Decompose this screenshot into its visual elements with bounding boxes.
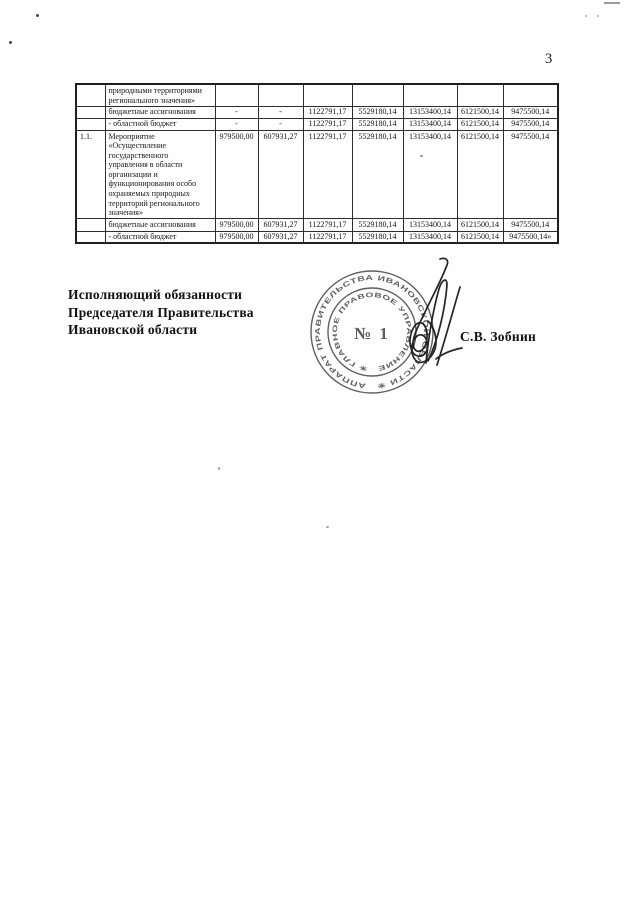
value-cell: 9475500,14 — [503, 118, 558, 130]
value-cell: 5529180,14 — [352, 218, 403, 231]
signer-name: С.В. Зобнин — [460, 329, 536, 345]
table-row: бюджетные ассигнования - - 1122791,17 55… — [76, 106, 558, 118]
value-cell: 607931,27 — [258, 218, 303, 231]
value-cell: 5529180,14 — [352, 231, 403, 243]
table-row: - областной бюджет - - 1122791,17 552918… — [76, 118, 558, 130]
signatory-title: Исполняющий обязанности Председателя Пра… — [68, 286, 254, 339]
scan-speck — [36, 14, 39, 17]
value-cell: 1122791,17 — [303, 130, 352, 218]
value-cell: 9475500,14 — [503, 130, 558, 218]
scan-speck — [326, 526, 329, 528]
value-cell: 979500,00 — [215, 231, 258, 243]
description-cell: бюджетные ассигнования — [105, 106, 215, 118]
value-cell: 1122791,17 — [303, 106, 352, 118]
value-cell: 979500,00 — [215, 130, 258, 218]
value-cell: 9475500,14 — [503, 106, 558, 118]
value-cell: 6121500,14 — [457, 218, 503, 231]
value-cell: 6121500,14 — [457, 106, 503, 118]
value-cell: 1122791,17 — [303, 118, 352, 130]
table-row: 1.1. Мероприятие «Осуществление государс… — [76, 130, 558, 218]
row-number-cell — [76, 218, 105, 231]
scan-speck — [420, 155, 423, 157]
description-cell: природными территориями регионального зн… — [105, 84, 215, 106]
value-cell: 6121500,14 — [457, 130, 503, 218]
row-number-cell — [76, 84, 105, 106]
value-cell — [352, 84, 403, 106]
value-cell: 979500,00 — [215, 218, 258, 231]
value-cell: - — [258, 118, 303, 130]
value-cell: 6121500,14 — [457, 118, 503, 130]
value-cell: 5529180,14 — [352, 106, 403, 118]
table-body: природными территориями регионального зн… — [76, 84, 558, 243]
scan-speck — [597, 15, 599, 17]
value-cell: 9475500,14» — [503, 231, 558, 243]
signatory-title-line: Ивановской области — [68, 321, 254, 339]
scan-speck — [585, 15, 587, 17]
description-cell: - областной бюджет — [105, 231, 215, 243]
value-cell: 13153400,14 — [403, 231, 457, 243]
signatory-title-line: Исполняющий обязанности — [68, 286, 254, 304]
document-page: 3 природными территориями регионального … — [0, 0, 640, 905]
scan-artifact-line — [604, 2, 620, 4]
row-number-cell: 1.1. — [76, 130, 105, 218]
table-row: бюджетные ассигнования 979500,00 607931,… — [76, 218, 558, 231]
value-cell: 1122791,17 — [303, 231, 352, 243]
row-number-cell — [76, 118, 105, 130]
value-cell — [457, 84, 503, 106]
value-cell: 13153400,14 — [403, 118, 457, 130]
page-number: 3 — [545, 51, 552, 68]
value-cell: 6121500,14 — [457, 231, 503, 243]
value-cell: 13153400,14 — [403, 130, 457, 218]
value-cell: - — [258, 106, 303, 118]
table-row: природными территориями регионального зн… — [76, 84, 558, 106]
table-row: - областной бюджет 979500,00 607931,27 1… — [76, 231, 558, 243]
description-cell: Мероприятие «Осуществление государственн… — [105, 130, 215, 218]
description-cell: бюджетные ассигнования — [105, 218, 215, 231]
value-cell: 607931,27 — [258, 130, 303, 218]
value-cell — [303, 84, 352, 106]
row-number-cell — [76, 231, 105, 243]
value-cell: 607931,27 — [258, 231, 303, 243]
value-cell: 1122791,17 — [303, 218, 352, 231]
value-cell: 5529180,14 — [352, 130, 403, 218]
scan-speck — [9, 41, 12, 44]
stamp-number: № 1 — [354, 324, 390, 343]
value-cell: 9475500,14 — [503, 218, 558, 231]
row-number-cell — [76, 106, 105, 118]
stamp-text: АППАРАТ ПРАВИТЕЛЬСТВА ИВАНОВСКОЙ ОБЛАСТИ… — [315, 275, 431, 390]
value-cell: - — [215, 118, 258, 130]
value-cell — [258, 84, 303, 106]
value-cell — [215, 84, 258, 106]
description-cell: - областной бюджет — [105, 118, 215, 130]
value-cell: 13153400,14 — [403, 106, 457, 118]
signatory-title-line: Председателя Правительства — [68, 304, 254, 322]
value-cell: - — [215, 106, 258, 118]
scan-speck — [218, 467, 220, 470]
value-cell — [503, 84, 558, 106]
budget-table: природными территориями регионального зн… — [75, 83, 559, 244]
value-cell: 13153400,14 — [403, 218, 457, 231]
value-cell — [403, 84, 457, 106]
value-cell: 5529180,14 — [352, 118, 403, 130]
